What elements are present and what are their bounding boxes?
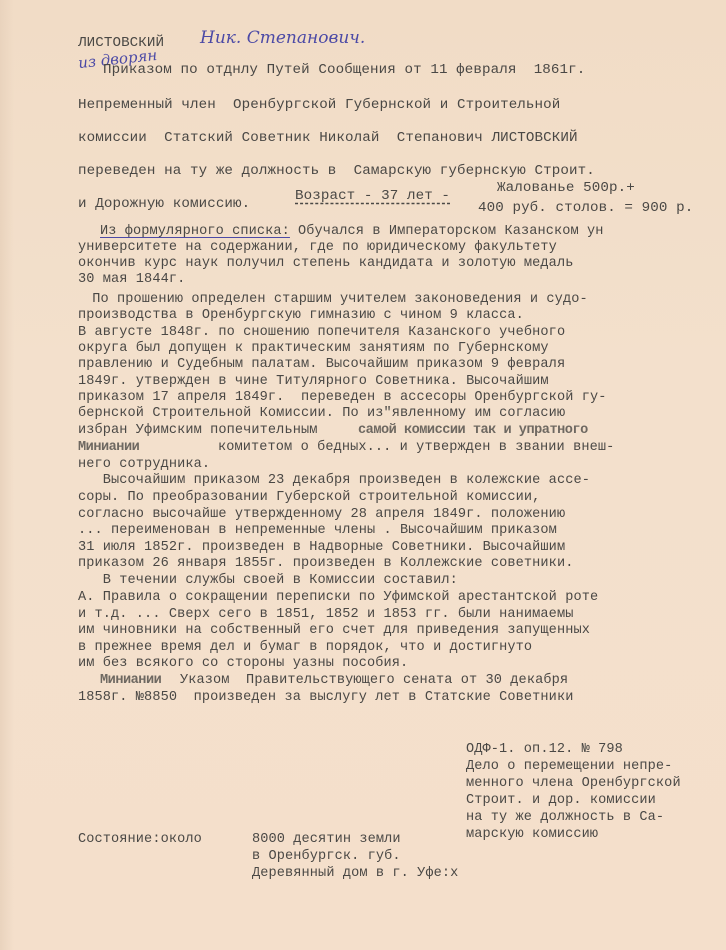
record-line: производства в Оренбургскую гимназию с ч… (78, 308, 524, 323)
order-line-3: комиссии Статский Советник Николай Степа… (78, 130, 578, 146)
paper-edge (0, 0, 14, 950)
record-line: в прежнее время дел и бумаг в порядок, ч… (78, 640, 532, 655)
record-line: комитетом о бедных... и утвержден в зван… (218, 440, 614, 455)
struck-word: Миниании (100, 673, 161, 688)
record-line: В течении службы своей в Комиссии состав… (78, 573, 458, 588)
record-line: согласно высочайше утвержденному 28 апре… (78, 507, 565, 522)
property-line: в Оренбургск. губ. (252, 849, 401, 864)
record-line: Высочайшим приказом 23 декабря произведе… (78, 473, 590, 488)
order-line-4: переведен на ту же должность в Самарскую… (78, 163, 595, 179)
record-line: По прошению определен старшим учителем з… (84, 292, 588, 307)
record-line: округа был допущен к практическим заняти… (78, 341, 549, 356)
property-label: Состояние:около (78, 832, 202, 847)
record-line: 30 мая 1844г. (78, 272, 185, 287)
record-line: окончив курс наук получил степень кандид… (78, 256, 573, 271)
archive-ref-line: на ту же должность в Са- (466, 810, 664, 825)
archive-ref-line: менного члена Оренбургской (466, 776, 681, 791)
archive-ref-line: ОДФ-1. оп.12. № 798 (466, 742, 623, 757)
record-line: ... переименован в непременные члены . В… (78, 523, 557, 538)
record-line: избран Уфимским попечительным (78, 423, 317, 438)
record-line: соры. По преобразовании Губерской строит… (78, 490, 540, 505)
order-line-5: и Дорожную комиссию. (78, 196, 250, 212)
record-line: 1849г. утвержден в чине Титулярного Сове… (78, 374, 549, 389)
order-line-1: Приказом по отднлу Путей Сообщения от 11… (103, 62, 585, 78)
record-line: него сотрудника. (78, 457, 210, 472)
property-line: 8000 десятин земли (252, 832, 401, 847)
record-line: им чиновники на собственный его счет для… (78, 623, 590, 638)
archive-ref-line: Дело о перемещении непре- (466, 759, 672, 774)
record-line: 1858г. №8850 произведен за выслугу лет в… (78, 690, 573, 705)
record-line: 31 июля 1852г. произведен в Надворные Со… (78, 540, 565, 555)
struck-text: самой комиссии так и упратного (358, 423, 588, 438)
archive-ref-line: Строит. и дор. комиссии (466, 793, 656, 808)
record-line: приказом 26 января 1855г. произведен в К… (78, 556, 573, 571)
salary-line-1: Жалованье 500р.+ (497, 180, 635, 196)
handwritten-name: Ник. Степанович. (200, 28, 365, 48)
service-record-heading: Из формулярного списка: (100, 224, 290, 239)
record-line: им без всякого со стороны уазны пособия. (78, 656, 408, 671)
property-line: Деревянный дом в г. Уфе:х (252, 866, 458, 881)
record-line: А. Правила о сокращении переписки по Уфи… (78, 590, 598, 605)
record-line: приказом 17 апреля 1849г. переведен в ас… (78, 390, 606, 405)
record-line: Обучался в Императорском Казанском ун (298, 224, 604, 239)
archive-ref-line: марскую комиссию (466, 827, 598, 842)
record-line: бернской Строительной Комиссии. По из"яв… (78, 406, 565, 421)
record-line: В августе 1848г. по сношению попечителя … (78, 325, 565, 340)
order-line-2: Непременный член Оренбургской Губернской… (78, 97, 560, 113)
record-line: Указом Правительствующего сената от 30 д… (180, 673, 568, 688)
salary-line-2: 400 руб. столов. = 900 р. (478, 200, 693, 216)
age: Возраст - 37 лет - (295, 188, 450, 204)
struck-word: Миниании (78, 440, 139, 455)
record-line: и т.д. ... Сверх сего в 1851, 1852 и 185… (78, 607, 573, 622)
record-line: университете на содержании, где по юриди… (78, 240, 557, 255)
record-line: правлению и Судебным палатам. Высочайшим… (78, 357, 565, 372)
